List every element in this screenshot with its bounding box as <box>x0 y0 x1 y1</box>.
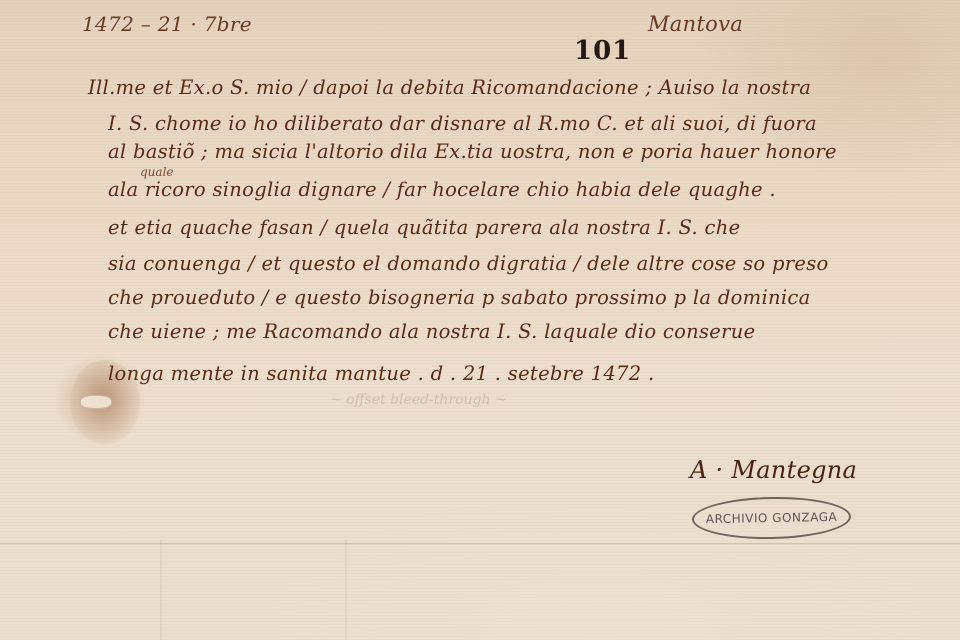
letter-line-6: sia conuenga / et questo el domando digr… <box>108 252 829 275</box>
folio-number: 101 <box>574 36 631 66</box>
paper-fold-lower <box>0 543 960 546</box>
letter-line-5: et etia quache fasan / quela quãtita par… <box>108 216 740 239</box>
paper-crease-middle <box>345 540 347 640</box>
archival-date-note: 1472 – 21 · 7bre <box>82 12 252 36</box>
archive-stamp-text: ARCHIVIO GONZAGA <box>706 510 838 526</box>
letter-line-3: al bastiõ ; ma sicia l'altorio dila Ex.t… <box>108 140 837 163</box>
letter-line-9: longa mente in sanita mantue . d . 21 . … <box>108 362 654 385</box>
paper-crease-left <box>160 540 162 640</box>
letter-line-7: che proueduto / e questo bisogneria p sa… <box>108 286 811 309</box>
letter-line-4: ala ricoro sinoglia dignare / far hocela… <box>108 178 776 201</box>
wax-seal-remnant <box>80 395 112 409</box>
signature: A · Mantegna <box>690 456 857 484</box>
letter-line-2: I. S. chome io ho diliberato dar disnare… <box>108 112 817 135</box>
place-heading: Mantova <box>648 12 743 36</box>
interlinear-insertion: quale <box>140 165 174 179</box>
letter-line-8: che uiene ; me Racomando ala nostra I. S… <box>108 320 755 343</box>
bleed-through-text: ~ offset bleed-through ~ <box>330 392 507 408</box>
letter-line-1: Ill.me et Ex.o S. mio / dapoi la debita … <box>88 76 811 99</box>
